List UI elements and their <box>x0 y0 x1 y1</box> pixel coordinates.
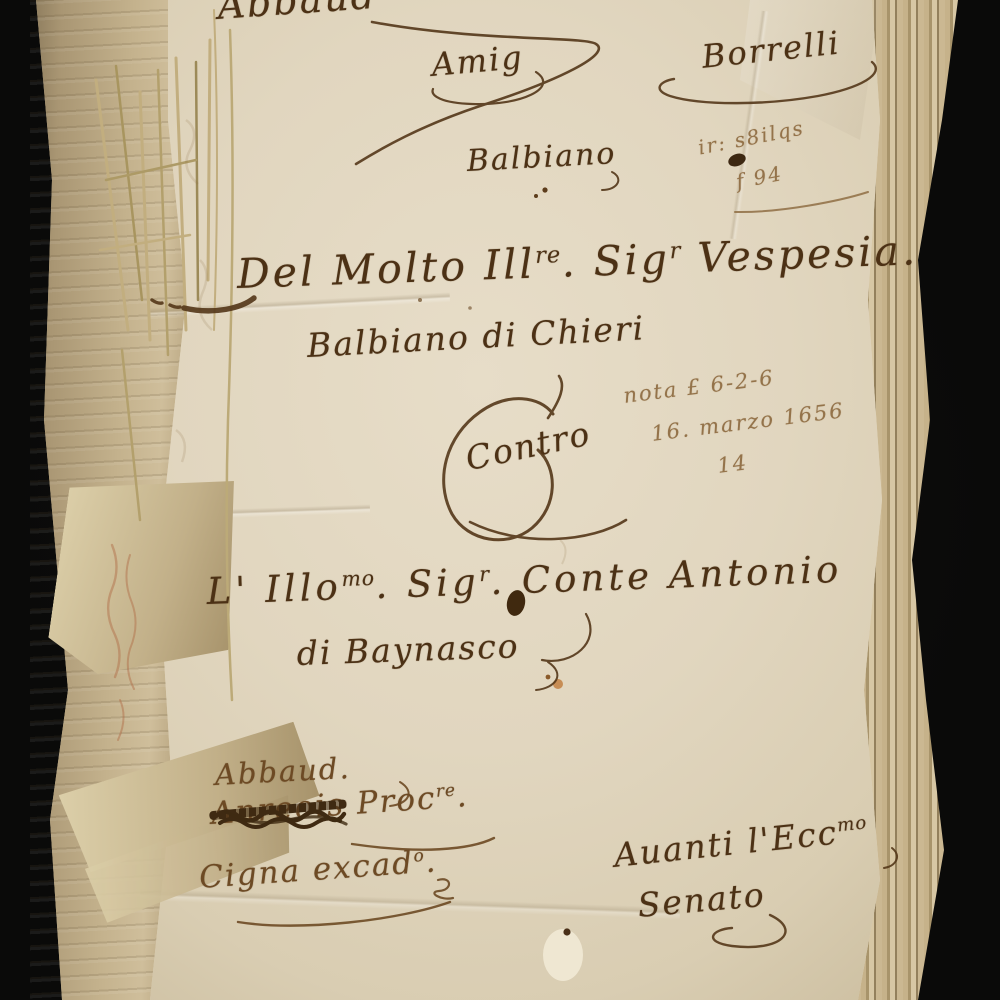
signature-abbaud: Abbaud. <box>214 751 351 792</box>
procurator-part: . <box>455 778 469 815</box>
court-superscript: mo <box>836 812 868 836</box>
party-superscript: mo <box>341 566 375 591</box>
title-superscript: re <box>535 242 562 269</box>
party-line2: di Baynasco <box>296 626 520 673</box>
cigna-part: . <box>424 843 438 880</box>
procurator-superscript: re <box>435 781 457 802</box>
margin-note-number: 14 <box>716 450 749 478</box>
title-part: . Sig <box>561 235 671 287</box>
procurator-part: Proc <box>344 780 438 822</box>
party-part: . Sig <box>375 560 481 607</box>
manuscript-photo: Abbaud Amig Borrelli Balbiano ir: s8ilqs… <box>0 0 1000 1000</box>
party-superscript: r <box>479 562 491 586</box>
title-superscript: r <box>669 238 682 264</box>
inscription-amig: Amig <box>430 38 525 84</box>
title-part: Vespesia. <box>681 226 919 282</box>
party-part: L' Illo <box>206 565 342 613</box>
